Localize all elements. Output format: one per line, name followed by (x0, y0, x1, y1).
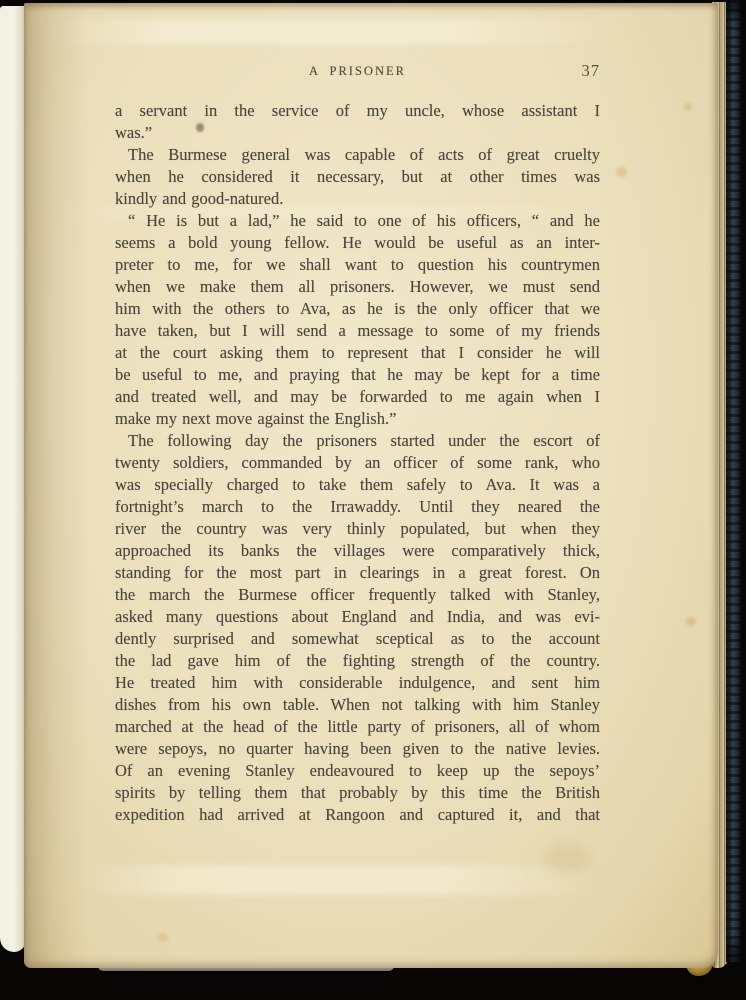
running-title: A PRISONER (115, 64, 600, 79)
text-line: was specially charged to take them safel… (115, 474, 600, 496)
text-line: He treated him with considerable indulge… (115, 672, 600, 694)
text-line: Of an evening Stanley endeavoured to kee… (115, 760, 600, 782)
book-cover-edge (726, 0, 741, 962)
book-page: A PRISONER 37 a servant in the service o… (24, 3, 718, 968)
foxing-spot (686, 617, 696, 626)
text-line: The following day the prisoners started … (115, 430, 600, 452)
text-line: preter to me, for we shall want to quest… (115, 254, 600, 276)
foxing-smudge (544, 843, 590, 873)
text-line: the lad gave him of the fighting strengt… (115, 650, 600, 672)
text-line: when we make them all prisoners. However… (115, 276, 600, 298)
text-line: have taken, but I will send a message to… (115, 320, 600, 342)
text-line: dishes from his own table. When not talk… (115, 694, 600, 716)
text-line: marched at the head of the little party … (115, 716, 600, 738)
text-line: a servant in the service of my uncle, wh… (115, 100, 600, 122)
text-line: the march the Burmese officer frequently… (115, 584, 600, 606)
text-line: him with the others to Ava, as he is the… (115, 298, 600, 320)
text-line: asked many questions about England and I… (115, 606, 600, 628)
foxing-spot (684, 103, 692, 111)
text-line: twenty soldiers, commanded by an officer… (115, 452, 600, 474)
book-scan-scene: A PRISONER 37 a servant in the service o… (0, 0, 746, 1000)
text-line: when he considered it necessary, but at … (115, 166, 600, 188)
text-line: be useful to me, and praying that he may… (115, 364, 600, 386)
text-line: approached its banks the villages were c… (115, 540, 600, 562)
facing-page-edge (0, 6, 26, 952)
text-line: expedition had arrived at Rangoon and ca… (115, 804, 600, 826)
foxing-spot (158, 933, 168, 942)
text-line: The Burmese general was capable of acts … (115, 144, 600, 166)
text-line: kindly and good-natured. (115, 188, 600, 210)
text-line: and treated well, and may be forwarded t… (115, 386, 600, 408)
text-line: standing for the most part in clearings … (115, 562, 600, 584)
text-line: seems a bold young fellow. He would be u… (115, 232, 600, 254)
text-line: at the court asking them to represent th… (115, 342, 600, 364)
text-line: dently surprised and somewhat sceptical … (115, 628, 600, 650)
body-text: a servant in the service of my uncle, wh… (115, 100, 600, 826)
text-line: fortnight’s march to the Irrawaddy. Unti… (115, 496, 600, 518)
text-line: spirits by telling them that probably by… (115, 782, 600, 804)
text-line: make my next move against the English.” (115, 408, 600, 430)
page-number: 37 (582, 61, 601, 81)
page-header: A PRISONER 37 (115, 64, 600, 84)
scan-light-band (84, 865, 604, 895)
text-line: “ He is but a lad,” he said to one of hi… (115, 210, 600, 232)
text-line: were sepoys, no quarter having been give… (115, 738, 600, 760)
foxing-spot (616, 167, 627, 177)
scan-light-band (54, 19, 614, 45)
text-line: river the country was very thinly popula… (115, 518, 600, 540)
text-line: was.” (115, 122, 600, 144)
